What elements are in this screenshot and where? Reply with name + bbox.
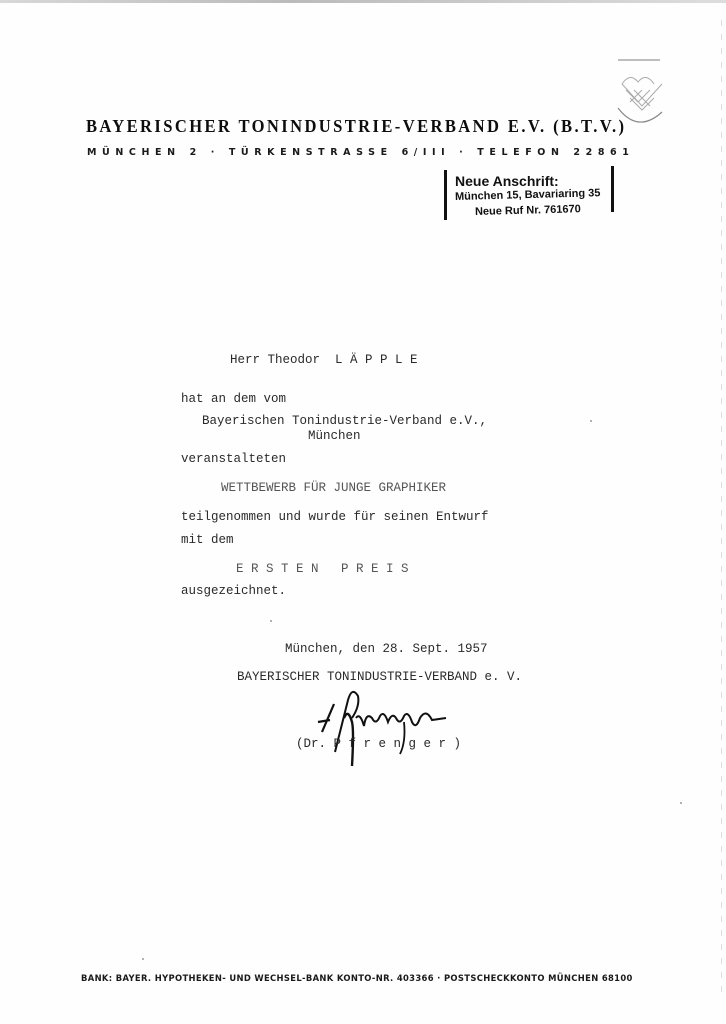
stamp-heading: Neue Anschrift: — [455, 173, 559, 189]
letterhead-address: MÜNCHEN 2 · TÜRKENSTRASSE 6/III · TELEFO… — [87, 147, 634, 158]
body-line-5: teilgenommen und wurde für seinen Entwur… — [181, 510, 489, 524]
paper-top-edge — [0, 0, 726, 3]
competition-title: WETTBEWERB FÜR JUNGE GRAPHIKER — [221, 481, 446, 495]
signatory-name: (Dr. P f r e n g e r ) — [296, 737, 461, 751]
stamp-left-bar — [444, 170, 447, 220]
body-line-4: veranstalteten — [181, 452, 286, 466]
paper-speck — [590, 420, 592, 422]
body-line-7: ausgezeichnet. — [181, 584, 286, 598]
recipient-name: Herr Theodor L Ä P P L E — [230, 353, 418, 367]
body-line-6: mit dem — [181, 533, 234, 547]
organization-letterhead: BAYERISCHER TONINDUSTRIE-VERBAND E.V. (B… — [86, 116, 626, 137]
paper-speck — [142, 958, 144, 960]
paper-speck — [270, 620, 272, 622]
paper-speck — [680, 802, 682, 804]
stamp-new-phone: Neue Ruf Nr. 761670 — [475, 203, 581, 218]
place-and-date: München, den 28. Sept. 1957 — [285, 642, 488, 656]
bank-details-footer: BANK: BAYER. HYPOTHEKEN- UND WECHSEL-BAN… — [81, 973, 633, 983]
stamp-new-address: München 15, Bavariaring 35 — [455, 187, 601, 203]
body-line-1: hat an dem vom — [181, 392, 286, 406]
body-line-3: München — [308, 429, 361, 443]
handwritten-signature-icon — [300, 682, 460, 772]
stamp-right-bar — [611, 166, 614, 212]
body-line-2: Bayerischen Tonindustrie-Verband e.V., — [202, 414, 487, 428]
award-title: E R S T E N P R E I S — [236, 562, 409, 576]
letter-page: BAYERISCHER TONINDUSTRIE-VERBAND E.V. (B… — [0, 0, 726, 1024]
paper-right-edge — [721, 20, 722, 1000]
